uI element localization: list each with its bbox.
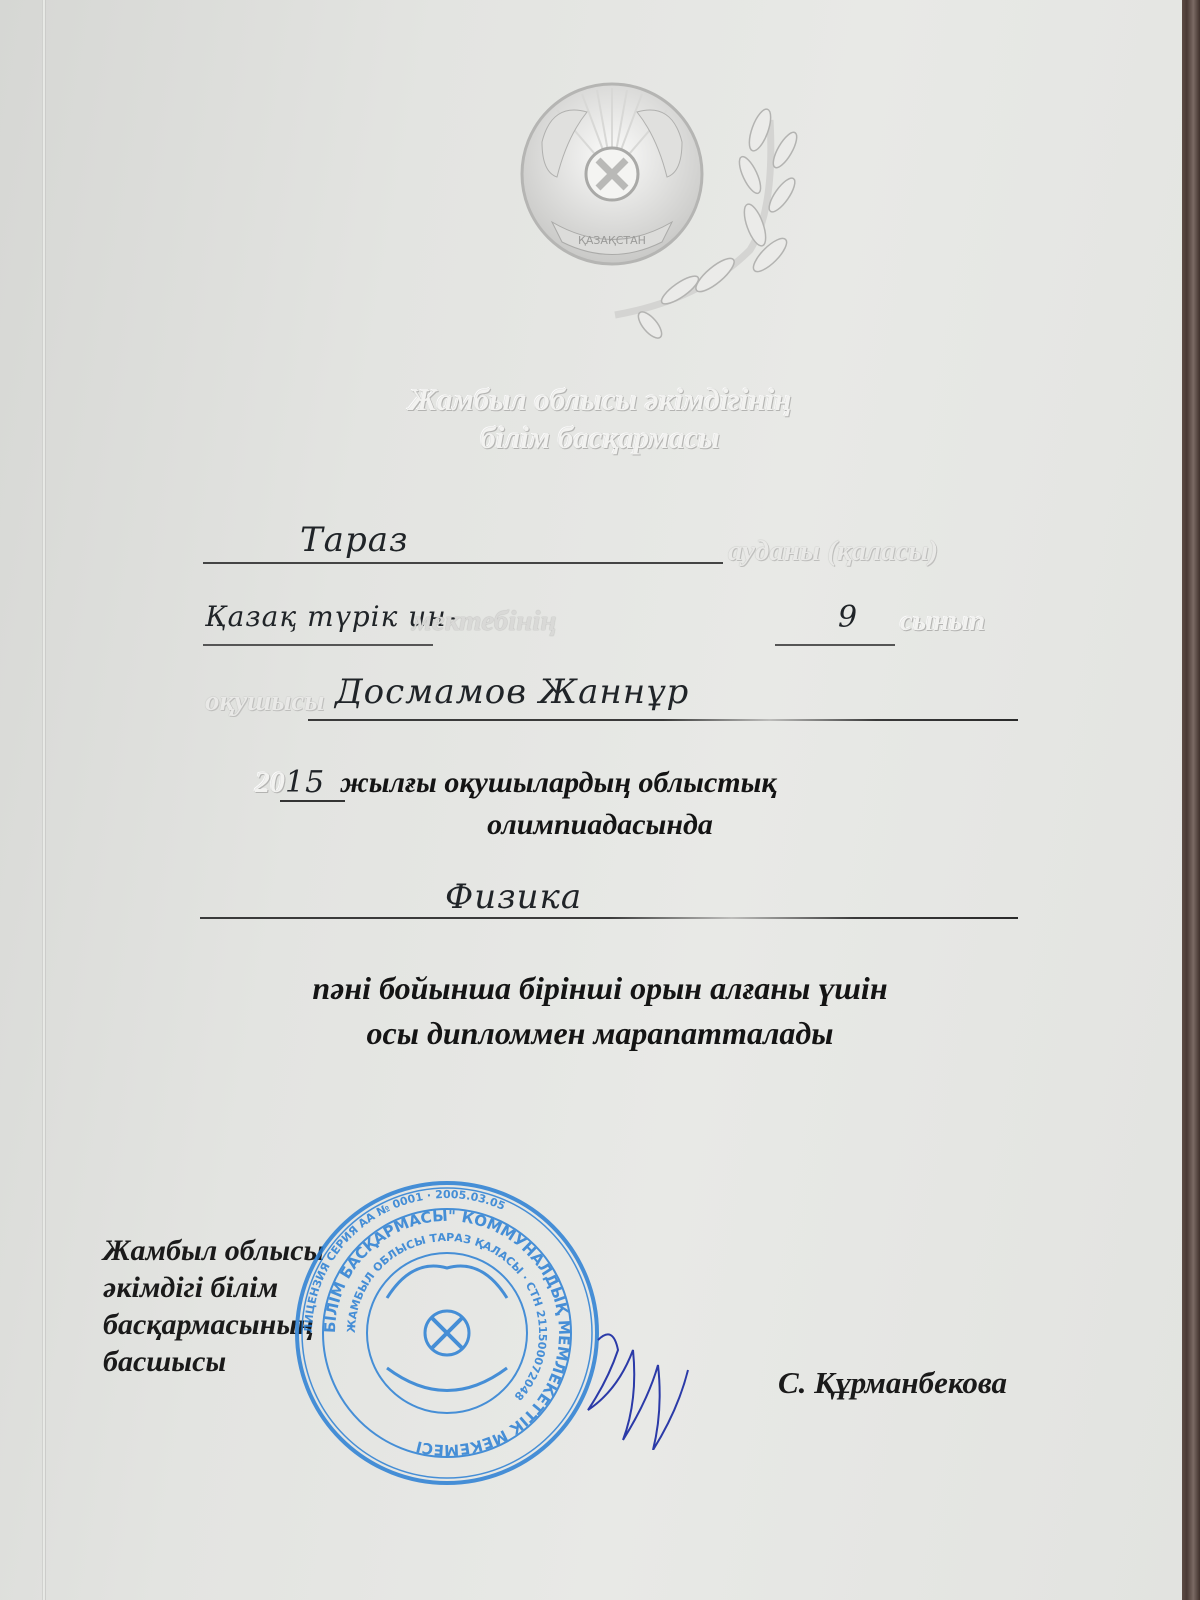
olive-branch-icon xyxy=(610,100,800,340)
student-underline xyxy=(308,719,1018,721)
student-label: оқушысы xyxy=(205,685,324,718)
subject-underline xyxy=(200,917,1018,919)
issuer-line-1: Жамбыл облысы әкімдігінің xyxy=(0,382,1200,418)
signer-name: С. Құрманбекова xyxy=(778,1365,1007,1401)
signature-icon xyxy=(578,1310,698,1450)
page-fold-crease xyxy=(42,0,46,1600)
grade-underline xyxy=(775,644,895,646)
year-handwritten[interactable]: 15 xyxy=(285,765,325,800)
school-underline xyxy=(203,644,433,646)
svg-text:ЖАМБЫЛ ОБЛЫСЫ ТАРАЗ ҚАЛАСЫ · С: ЖАМБЫЛ ОБЛЫСЫ ТАРАЗ ҚАЛАСЫ · СТН 2115000… xyxy=(345,1231,549,1403)
school-label: мектебінің xyxy=(412,605,557,638)
award-line-1: пәні бойынша бірінші орын алғаны үшін xyxy=(0,970,1200,1007)
district-label: ауданы (қаласы) xyxy=(728,535,938,568)
grade-handwritten[interactable]: 9 xyxy=(838,600,858,635)
year-underline xyxy=(280,800,345,802)
olympiad-line-2: олимпиадасында xyxy=(0,808,1200,842)
subject-handwritten[interactable]: Физика xyxy=(445,877,582,917)
award-line-2: осы дипломмен марапатталады xyxy=(0,1015,1200,1052)
diploma-page: ҚАЗАҚСТАН Жамбыл облысы әкімдігінің білі… xyxy=(0,0,1182,1600)
grade-label: сынып xyxy=(900,605,985,638)
olympiad-line-1: 2015 жылғы оқушылардың облыстық xyxy=(255,765,777,800)
issuer-line-2: білім басқармасы xyxy=(0,420,1200,456)
official-stamp-icon: ЛИЦЕНЗИЯ СЕРИЯ АА № 0001 · 2005.03.05 БІ… xyxy=(292,1178,602,1488)
student-name-handwritten[interactable]: Досмамов Жаннұр xyxy=(335,672,689,712)
district-handwritten[interactable]: Тараз xyxy=(300,520,409,560)
district-underline xyxy=(203,562,723,564)
